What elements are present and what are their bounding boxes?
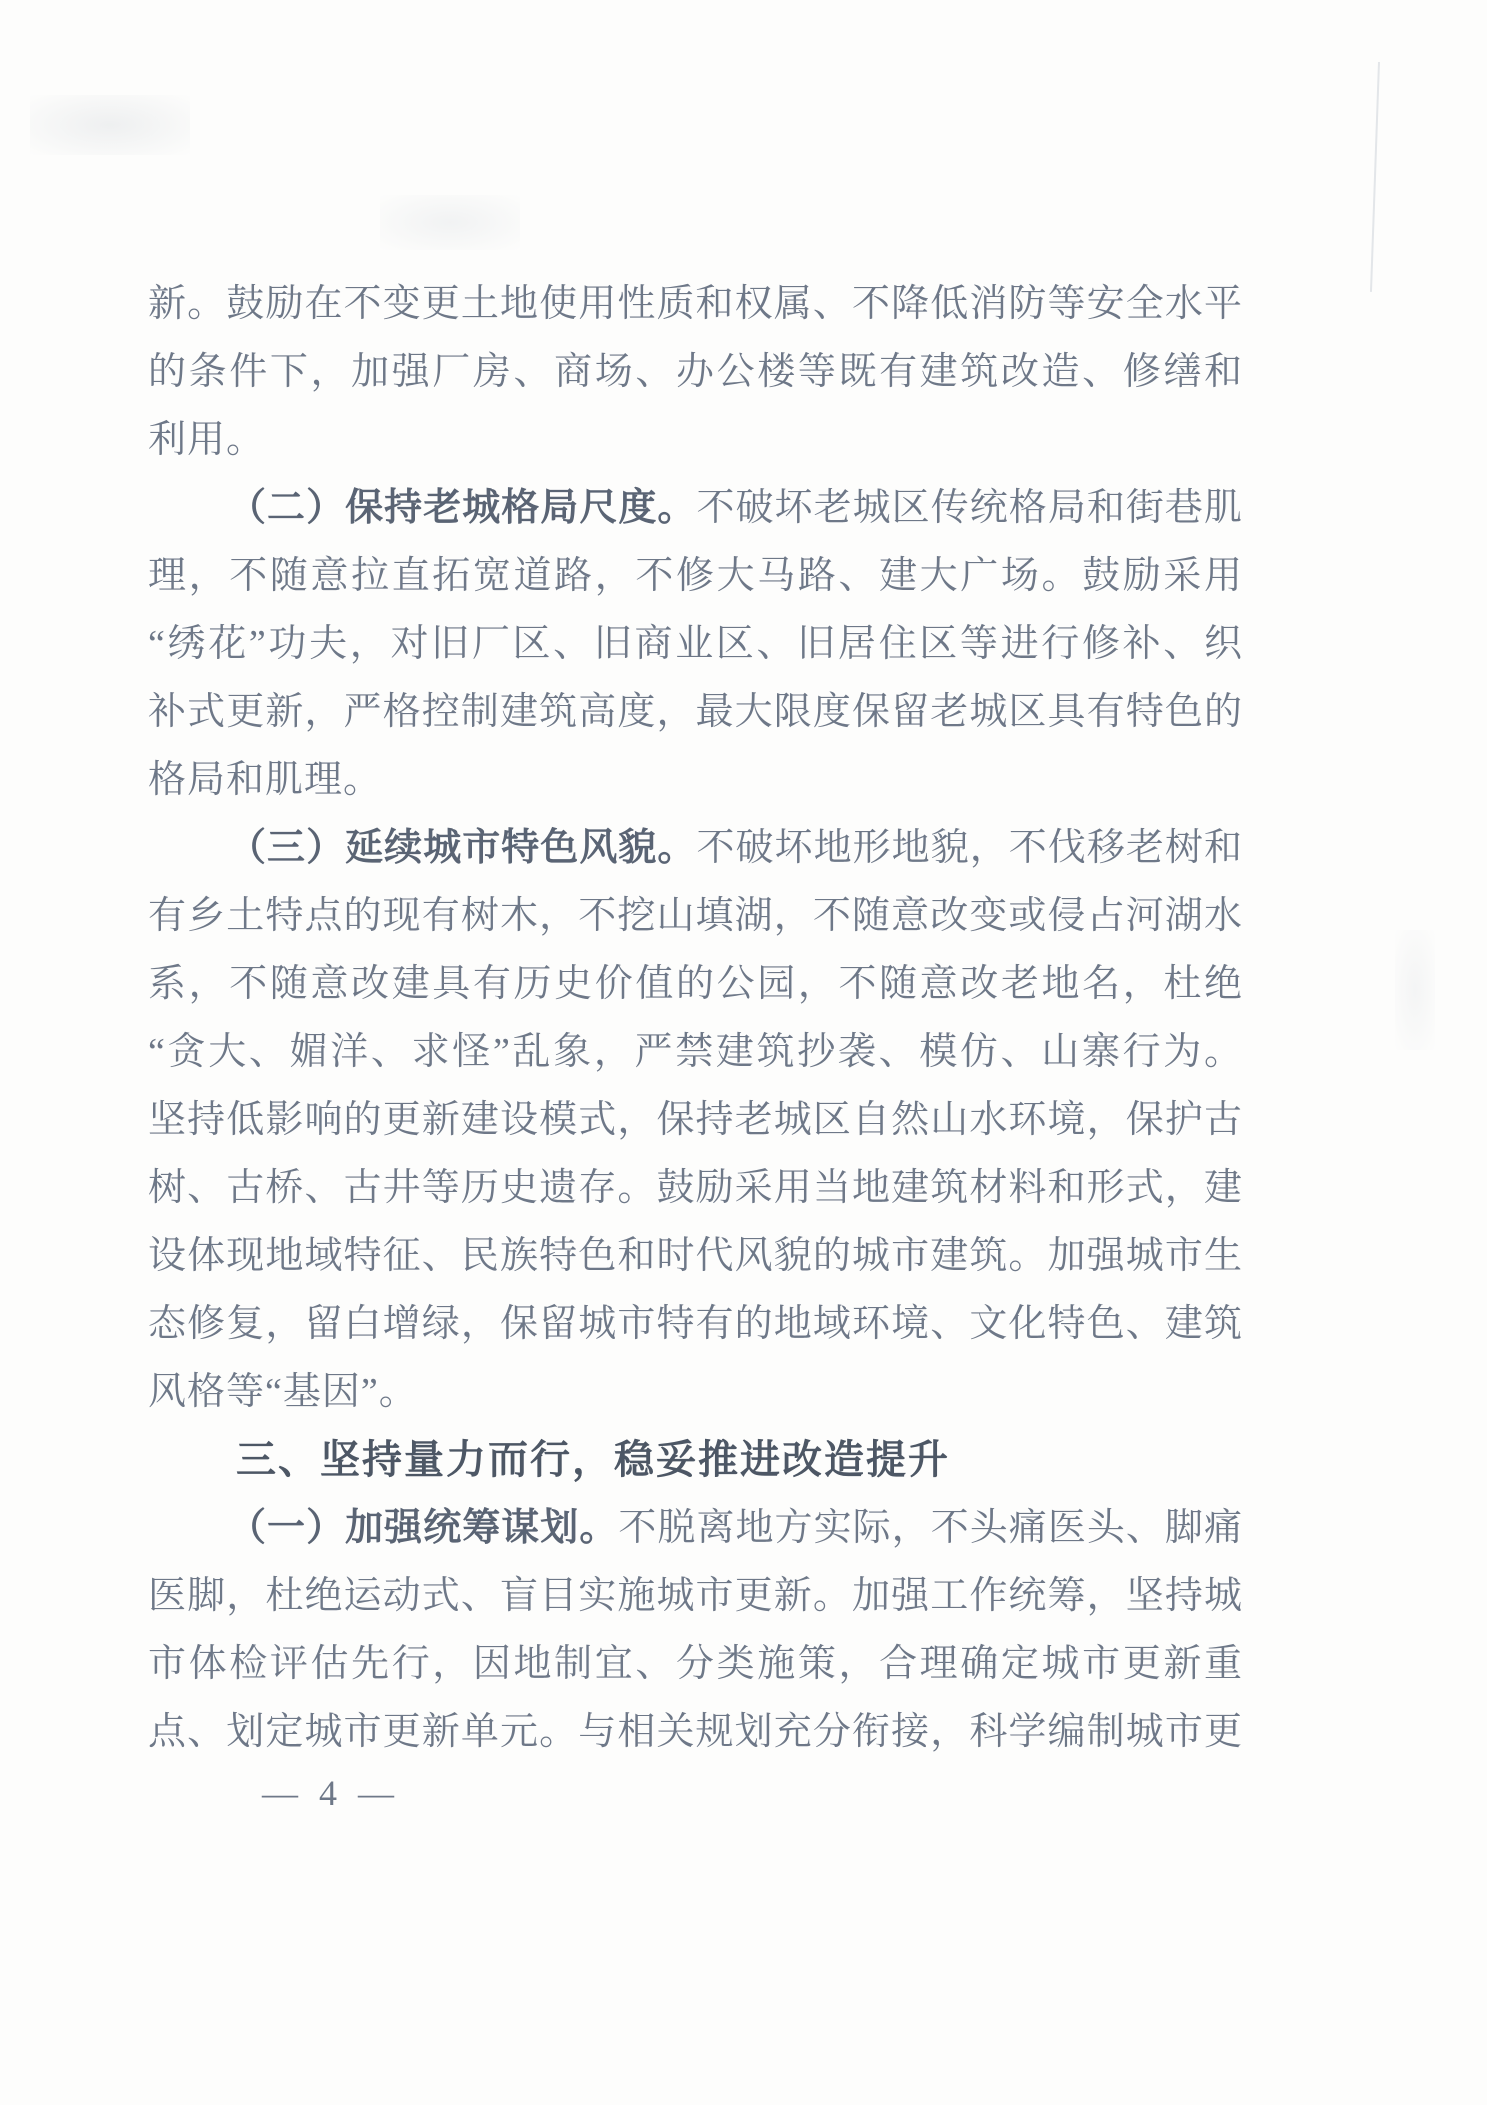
document-line: 补式更新，严格控制建筑高度，最大限度保留老城区具有特色的 xyxy=(148,678,1242,746)
line-text: 补式更新，严格控制建筑高度，最大限度保留老城区具有特色的 xyxy=(148,691,1242,733)
line-text: 市体检评估先行，因地制宜、分类施策，合理确定城市更新重 xyxy=(148,1643,1242,1685)
line-text: “绣花”功夫，对旧厂区、旧商业区、旧居住区等进行修补、织 xyxy=(148,623,1242,665)
line-text: 风格等“基因”。 xyxy=(148,1371,418,1413)
document-line: 的条件下，加强厂房、商场、办公楼等既有建筑改造、修缮和 xyxy=(148,338,1242,406)
line-text: 利用。 xyxy=(148,419,265,461)
page-number: — 4 — xyxy=(262,1772,400,1814)
line-text: 态修复，留白增绿，保留城市特有的地域环境、文化特色、建筑 xyxy=(148,1303,1242,1345)
document-line: 市体检评估先行，因地制宜、分类施策，合理确定城市更新重 xyxy=(148,1630,1242,1698)
subsection-title: （一）加强统筹谋划。 xyxy=(228,1507,618,1549)
section-heading-text: 三、坚持量力而行，稳妥推进改造提升 xyxy=(236,1438,950,1482)
document-line: 利用。 xyxy=(148,406,1242,474)
line-text: 有乡土特点的现有树木，不挖山填湖，不随意改变或侵占河湖水 xyxy=(148,895,1242,937)
document-line: （三）延续城市特色风貌。不破坏地形地貌，不伐移老树和 xyxy=(148,814,1242,882)
line-text: 格局和肌理。 xyxy=(148,759,382,801)
document-line: 树、古桥、古井等历史遗存。鼓励采用当地建筑材料和形式，建 xyxy=(148,1154,1242,1222)
line-text: 理，不随意拉直拓宽道路，不修大马路、建大广场。鼓励采用 xyxy=(148,555,1242,597)
document-line: 态修复，留白增绿，保留城市特有的地域环境、文化特色、建筑 xyxy=(148,1290,1242,1358)
line-text: 系，不随意改建具有历史价值的公园，不随意改老地名，杜绝 xyxy=(148,963,1242,1005)
subsection-title: （三）延续城市特色风貌。 xyxy=(228,827,696,869)
document-line: 医脚，杜绝运动式、盲目实施城市更新。加强工作统筹，坚持城 xyxy=(148,1562,1242,1630)
line-text: 不脱离地方实际，不头痛医头、脚痛 xyxy=(618,1507,1242,1549)
line-text: 新。鼓励在不变更土地使用性质和权属、不降低消防等安全水平 xyxy=(148,283,1242,325)
document-line: （一）加强统筹谋划。不脱离地方实际，不头痛医头、脚痛 xyxy=(148,1494,1242,1562)
document-line: 系，不随意改建具有历史价值的公园，不随意改老地名，杜绝 xyxy=(148,950,1242,1018)
subsection-title: （二）保持老城格局尺度。 xyxy=(228,487,696,529)
line-text: 的条件下，加强厂房、商场、办公楼等既有建筑改造、修缮和 xyxy=(148,351,1242,393)
line-text: 点、划定城市更新单元。与相关规划充分衔接，科学编制城市更 xyxy=(148,1711,1242,1753)
document-line: 点、划定城市更新单元。与相关规划充分衔接，科学编制城市更 xyxy=(148,1698,1242,1766)
line-text: 坚持低影响的更新建设模式，保持老城区自然山水环境，保护古 xyxy=(148,1099,1242,1141)
document-line: （二）保持老城格局尺度。不破坏老城区传统格局和街巷肌 xyxy=(148,474,1242,542)
document-line: 坚持低影响的更新建设模式，保持老城区自然山水环境，保护古 xyxy=(148,1086,1242,1154)
document-line: 理，不随意拉直拓宽道路，不修大马路、建大广场。鼓励采用 xyxy=(148,542,1242,610)
document-line: 设体现地域特征、民族特色和时代风貌的城市建筑。加强城市生 xyxy=(148,1222,1242,1290)
line-text: 医脚，杜绝运动式、盲目实施城市更新。加强工作统筹，坚持城 xyxy=(148,1575,1242,1617)
document-line: 新。鼓励在不变更土地使用性质和权属、不降低消防等安全水平 xyxy=(148,270,1242,338)
scanned-document-page: 新。鼓励在不变更土地使用性质和权属、不降低消防等安全水平 的条件下，加强厂房、商… xyxy=(0,0,1487,2105)
line-text: 不破坏地形地貌，不伐移老树和 xyxy=(696,827,1242,869)
document-line: 格局和肌理。 xyxy=(148,746,1242,814)
document-line: “贪大、媚洋、求怪”乱象，严禁建筑抄袭、模仿、山寨行为。 xyxy=(148,1018,1242,1086)
document-line: 风格等“基因”。 xyxy=(148,1358,1242,1426)
scan-smudge xyxy=(1395,930,1435,1050)
document-body: 新。鼓励在不变更土地使用性质和权属、不降低消防等安全水平 的条件下，加强厂房、商… xyxy=(148,270,1242,1766)
line-text: 树、古桥、古井等历史遗存。鼓励采用当地建筑材料和形式，建 xyxy=(148,1167,1242,1209)
scan-smudge xyxy=(380,195,520,250)
document-line: 有乡土特点的现有树木，不挖山填湖，不随意改变或侵占河湖水 xyxy=(148,882,1242,950)
line-text: 设体现地域特征、民族特色和时代风貌的城市建筑。加强城市生 xyxy=(148,1235,1242,1277)
line-text: “贪大、媚洋、求怪”乱象，严禁建筑抄袭、模仿、山寨行为。 xyxy=(148,1031,1242,1073)
document-line: “绣花”功夫，对旧厂区、旧商业区、旧居住区等进行修补、织 xyxy=(148,610,1242,678)
scan-smudge xyxy=(30,95,190,155)
scan-fold-line xyxy=(1370,62,1380,292)
line-text: 不破坏老城区传统格局和街巷肌 xyxy=(696,487,1242,529)
section-heading: 三、坚持量力而行，稳妥推进改造提升 xyxy=(148,1426,1242,1494)
